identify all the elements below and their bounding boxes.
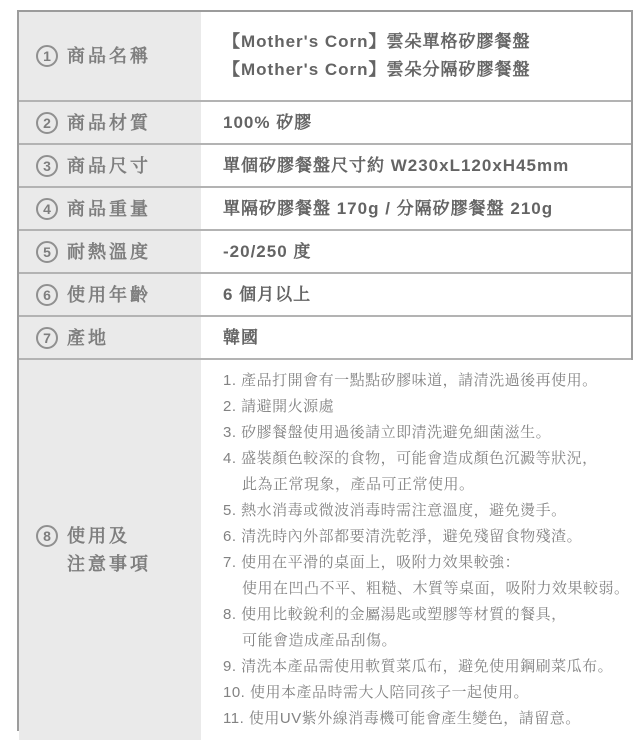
row-label-inner: 2 商品材質 xyxy=(36,109,151,137)
spec-row-usage-notes: 8 使用及 注意事項 1. 產品打開會有一點點矽膠味道，請清洗過後再使用。2. … xyxy=(19,360,631,740)
spec-row-origin: 7 產地 韓國 xyxy=(19,317,631,360)
row-value-cell: 100% 矽膠 xyxy=(201,102,631,143)
row-value-cell: 單個矽膠餐盤尺寸約 W230xL120xH45mm xyxy=(201,145,631,186)
row-label-line: 使用及 xyxy=(67,526,130,546)
row-value-cell: 6 個月以上 xyxy=(201,274,631,315)
row-label-cell: 6 使用年齡 xyxy=(19,274,201,315)
row-label: 商品尺寸 xyxy=(67,152,151,180)
row-value-cell: 【Mother's Corn】雲朵單格矽膠餐盤 【Mother's Corn】雲… xyxy=(201,12,631,100)
row-label-cell: 5 耐熱溫度 xyxy=(19,231,201,272)
note-item: 9. 清洗本產品需使用軟質菜瓜布，避免使用鋼刷菜瓜布。 xyxy=(223,654,630,680)
spec-row-product-name: 1 商品名稱 【Mother's Corn】雲朵單格矽膠餐盤 【Mother's… xyxy=(19,12,631,102)
spec-row-age: 6 使用年齡 6 個月以上 xyxy=(19,274,631,317)
note-item: 10. 使用本產品時需大人陪同孩子一起使用。 xyxy=(223,680,630,706)
row-value: 單個矽膠餐盤尺寸約 W230xL120xH45mm xyxy=(223,152,631,180)
row-label-inner: 8 使用及 注意事項 xyxy=(36,522,151,578)
row-number-badge: 7 xyxy=(36,327,58,349)
spec-row-dimensions: 3 商品尺寸 單個矽膠餐盤尺寸約 W230xL120xH45mm xyxy=(19,145,631,188)
row-label: 耐熱溫度 xyxy=(67,238,151,266)
row-value: 韓國 xyxy=(223,324,631,352)
row-number-badge: 3 xyxy=(36,155,58,177)
row-value: 【Mother's Corn】雲朵分隔矽膠餐盤 xyxy=(223,56,631,84)
note-item: 4. 盛裝顏色較深的食物，可能會造成顏色沉澱等狀況，此為正常現象，產品可正常使用… xyxy=(223,446,630,498)
row-label-cell: 4 商品重量 xyxy=(19,188,201,229)
row-number-badge: 2 xyxy=(36,112,58,134)
spec-row-material: 2 商品材質 100% 矽膠 xyxy=(19,102,631,145)
row-label: 商品名稱 xyxy=(67,42,151,70)
row-label-inner: 7 產地 xyxy=(36,324,109,352)
row-value-cell: -20/250 度 xyxy=(201,231,631,272)
row-number-badge: 8 xyxy=(36,525,58,547)
row-label-inner: 6 使用年齡 xyxy=(36,281,151,309)
usage-notes-cell: 1. 產品打開會有一點點矽膠味道，請清洗過後再使用。2. 請避開火源處3. 矽膠… xyxy=(201,360,638,740)
row-number-badge: 6 xyxy=(36,284,58,306)
row-value: 6 個月以上 xyxy=(223,281,631,309)
note-item: 1. 產品打開會有一點點矽膠味道，請清洗過後再使用。 xyxy=(223,368,630,394)
row-label: 產地 xyxy=(67,324,109,352)
row-label-inner: 4 商品重量 xyxy=(36,195,151,223)
row-label: 使用及 注意事項 xyxy=(67,522,151,578)
row-number-badge: 1 xyxy=(36,45,58,67)
spec-row-weight: 4 商品重量 單隔矽膠餐盤 170g / 分隔矽膠餐盤 210g xyxy=(19,188,631,231)
note-item: 8. 使用比較銳利的金屬湯匙或塑膠等材質的餐具，可能會造成產品刮傷。 xyxy=(223,602,630,654)
row-number-badge: 4 xyxy=(36,198,58,220)
spec-row-heat-tolerance: 5 耐熱溫度 -20/250 度 xyxy=(19,231,631,274)
note-item: 5. 熱水消毒或微波消毒時需注意溫度，避免燙手。 xyxy=(223,498,630,524)
row-label: 商品材質 xyxy=(67,109,151,137)
row-label-cell: 7 產地 xyxy=(19,317,201,358)
note-item: 2. 請避開火源處 xyxy=(223,394,630,420)
row-value: 100% 矽膠 xyxy=(223,109,631,137)
product-spec-table: 1 商品名稱 【Mother's Corn】雲朵單格矽膠餐盤 【Mother's… xyxy=(17,10,633,731)
row-value: -20/250 度 xyxy=(223,238,631,266)
row-label: 使用年齡 xyxy=(67,281,151,309)
row-label: 商品重量 xyxy=(67,195,151,223)
row-value: 單隔矽膠餐盤 170g / 分隔矽膠餐盤 210g xyxy=(223,195,631,223)
row-label-inner: 1 商品名稱 xyxy=(36,42,151,70)
row-value-cell: 韓國 xyxy=(201,317,631,358)
note-item: 3. 矽膠餐盤使用過後請立即清洗避免細菌滋生。 xyxy=(223,420,630,446)
row-value-cell: 單隔矽膠餐盤 170g / 分隔矽膠餐盤 210g xyxy=(201,188,631,229)
row-label-inner: 3 商品尺寸 xyxy=(36,152,151,180)
row-label-line: 注意事項 xyxy=(67,554,151,574)
row-value: 【Mother's Corn】雲朵單格矽膠餐盤 xyxy=(223,28,631,56)
row-label-cell: 2 商品材質 xyxy=(19,102,201,143)
row-label-cell: 1 商品名稱 xyxy=(19,12,201,100)
note-item: 11. 使用UV紫外線消毒機可能會產生變色，請留意。 xyxy=(223,706,630,732)
row-label-inner: 5 耐熱溫度 xyxy=(36,238,151,266)
row-number-badge: 5 xyxy=(36,241,58,263)
row-label-cell: 3 商品尺寸 xyxy=(19,145,201,186)
note-item: 7. 使用在平滑的桌面上，吸附力效果較強：使用在凹凸不平、粗糙、木質等桌面，吸附… xyxy=(223,550,630,602)
note-item: 6. 清洗時內外部都要清洗乾淨，避免殘留食物殘渣。 xyxy=(223,524,630,550)
usage-notes-list: 1. 產品打開會有一點點矽膠味道，請清洗過後再使用。2. 請避開火源處3. 矽膠… xyxy=(223,368,630,732)
row-label-cell: 8 使用及 注意事項 xyxy=(19,360,201,740)
